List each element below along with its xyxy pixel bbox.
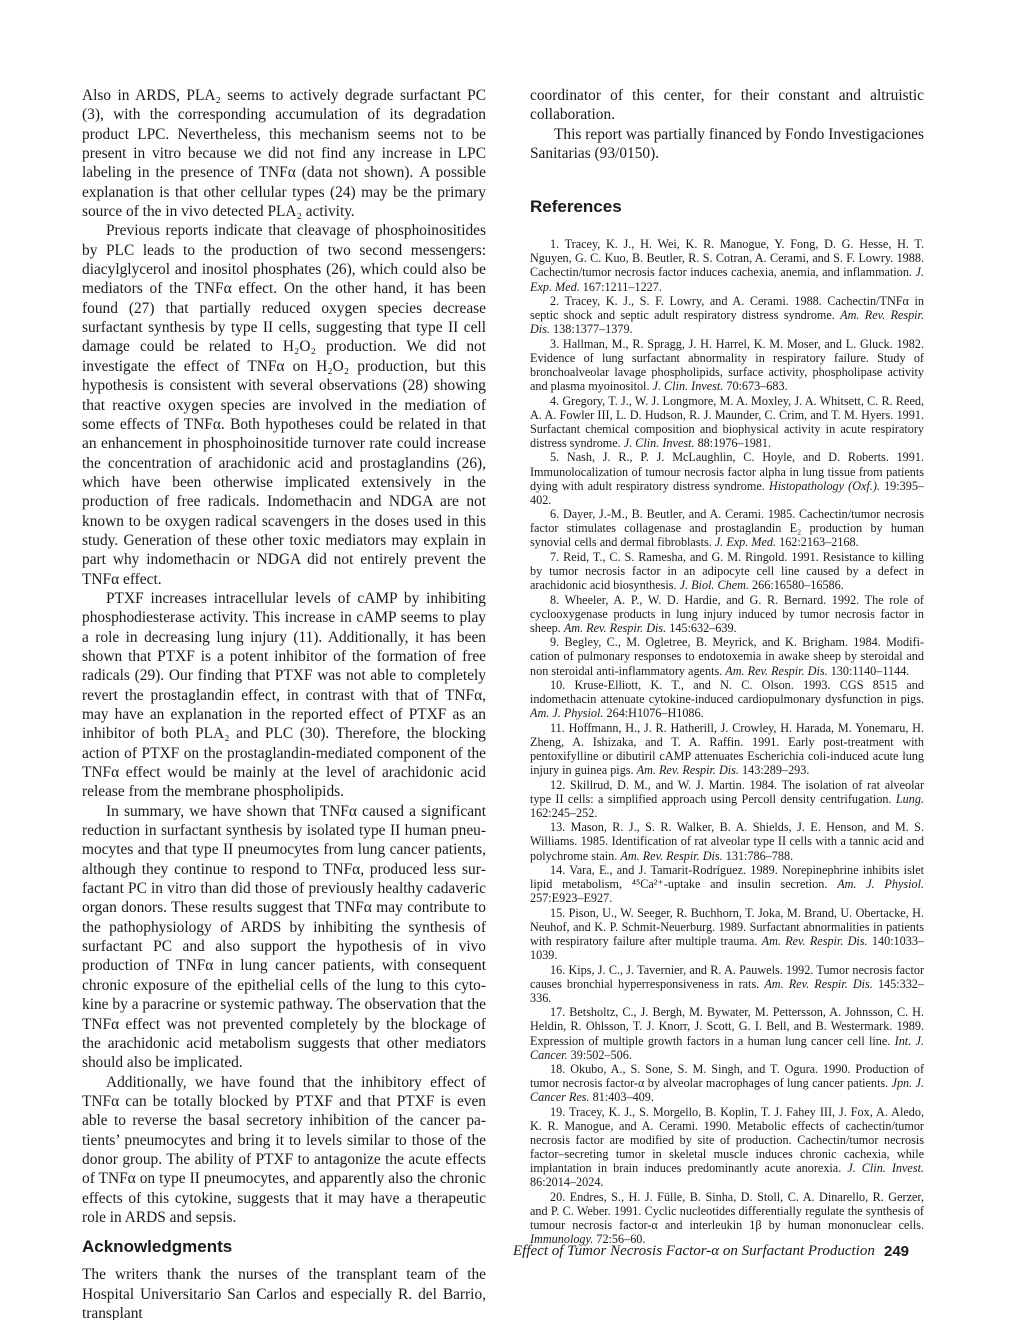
reference-item: 1. Tracey, K. J., H. Wei, K. R. Manogue,…: [530, 237, 924, 293]
paragraph-pla2-degradation: Also in ARDS, PLA₂ seems to actively deg…: [82, 86, 486, 221]
reference-item: 9. Begley, C., M. Ogletree, B. Meyrick, …: [530, 635, 924, 677]
reference-item: 18. Okubo, A., S. Sone, S. M. Singh, and…: [530, 1062, 924, 1104]
reference-item: 6. Dayer, J.-M., B. Beutler, and A. Cera…: [530, 507, 924, 549]
reference-item: 2. Tracey, K. J., S. F. Lowry, and A. Ce…: [530, 294, 924, 336]
reference-item: 16. Kips, J. C., J. Tavernier, and R. A.…: [530, 963, 924, 1005]
reference-item: 13. Mason, R. J., S. R. Walker, B. A. Sh…: [530, 820, 924, 862]
paragraph-additionally: Additionally, we have found that the inh…: [82, 1073, 486, 1228]
reference-item: 5. Nash, J. R., P. J. McLaughlin, C. Hoy…: [530, 450, 924, 506]
reference-item: 10. Kruse-Elliott, K. T., and N. C. Olso…: [530, 678, 924, 720]
funding-text: This report was partially financed by Fo…: [530, 125, 924, 164]
page-number: 249: [884, 1243, 909, 1260]
reference-item: 3. Hallman, M., R. Spragg, J. H. Harrel,…: [530, 337, 924, 393]
right-column: coordinator of this center, for their co…: [530, 86, 924, 1247]
running-title: Effect of Tumor Necrosis Factor-α on Sur…: [513, 1243, 933, 1260]
reference-item: 14. Vara, E., and J. Tamarit-Rodríguez. …: [530, 863, 924, 905]
acknowledgments-text: The writers thank the nurses of the tran…: [82, 1265, 486, 1320]
reference-item: 7. Reid, T., C. S. Ramesha, and G. M. Ri…: [530, 550, 924, 592]
reference-item: 4. Gregory, T. J., W. J. Longmore, M. A.…: [530, 394, 924, 450]
reference-item: 19. Tracey, K. J., S. Morgello, B. Kopli…: [530, 1105, 924, 1189]
paragraph-ptxf-camp: PTXF increases intracellular levels of c…: [82, 589, 486, 802]
left-column: Also in ARDS, PLA₂ seems to actively deg…: [82, 86, 486, 1320]
reference-item: 11. Hoffmann, H., J. R. Hatherill, J. Cr…: [530, 721, 924, 777]
acknowledgments-heading: Acknowledgments: [82, 1237, 486, 1257]
paragraph-summary: In summary, we have shown that TNFα caus…: [82, 802, 486, 1073]
reference-item: 8. Wheeler, A. P., W. D. Hardie, and G. …: [530, 593, 924, 635]
references-heading: References: [530, 197, 924, 217]
journal-page: Also in ARDS, PLA₂ seems to actively deg…: [0, 0, 1020, 1320]
paragraph-phosphoinositides: Previous reports indicate that cleavage …: [82, 221, 486, 589]
reference-item: 15. Pison, U., W. Seeger, R. Buchhorn, T…: [530, 906, 924, 962]
reference-item: 12. Skillrud, D. M., and W. J. Martin. 1…: [530, 778, 924, 820]
reference-list: 1. Tracey, K. J., H. Wei, K. R. Manogue,…: [530, 237, 924, 1246]
acknowledgments-continued: coordinator of this center, for their co…: [530, 86, 924, 125]
reference-item: 20. Endres, S., H. J. Fülle, B. Sinha, D…: [530, 1190, 924, 1246]
reference-item: 17. Betsholtz, C., J. Bergh, M. Bywater,…: [530, 1005, 924, 1061]
